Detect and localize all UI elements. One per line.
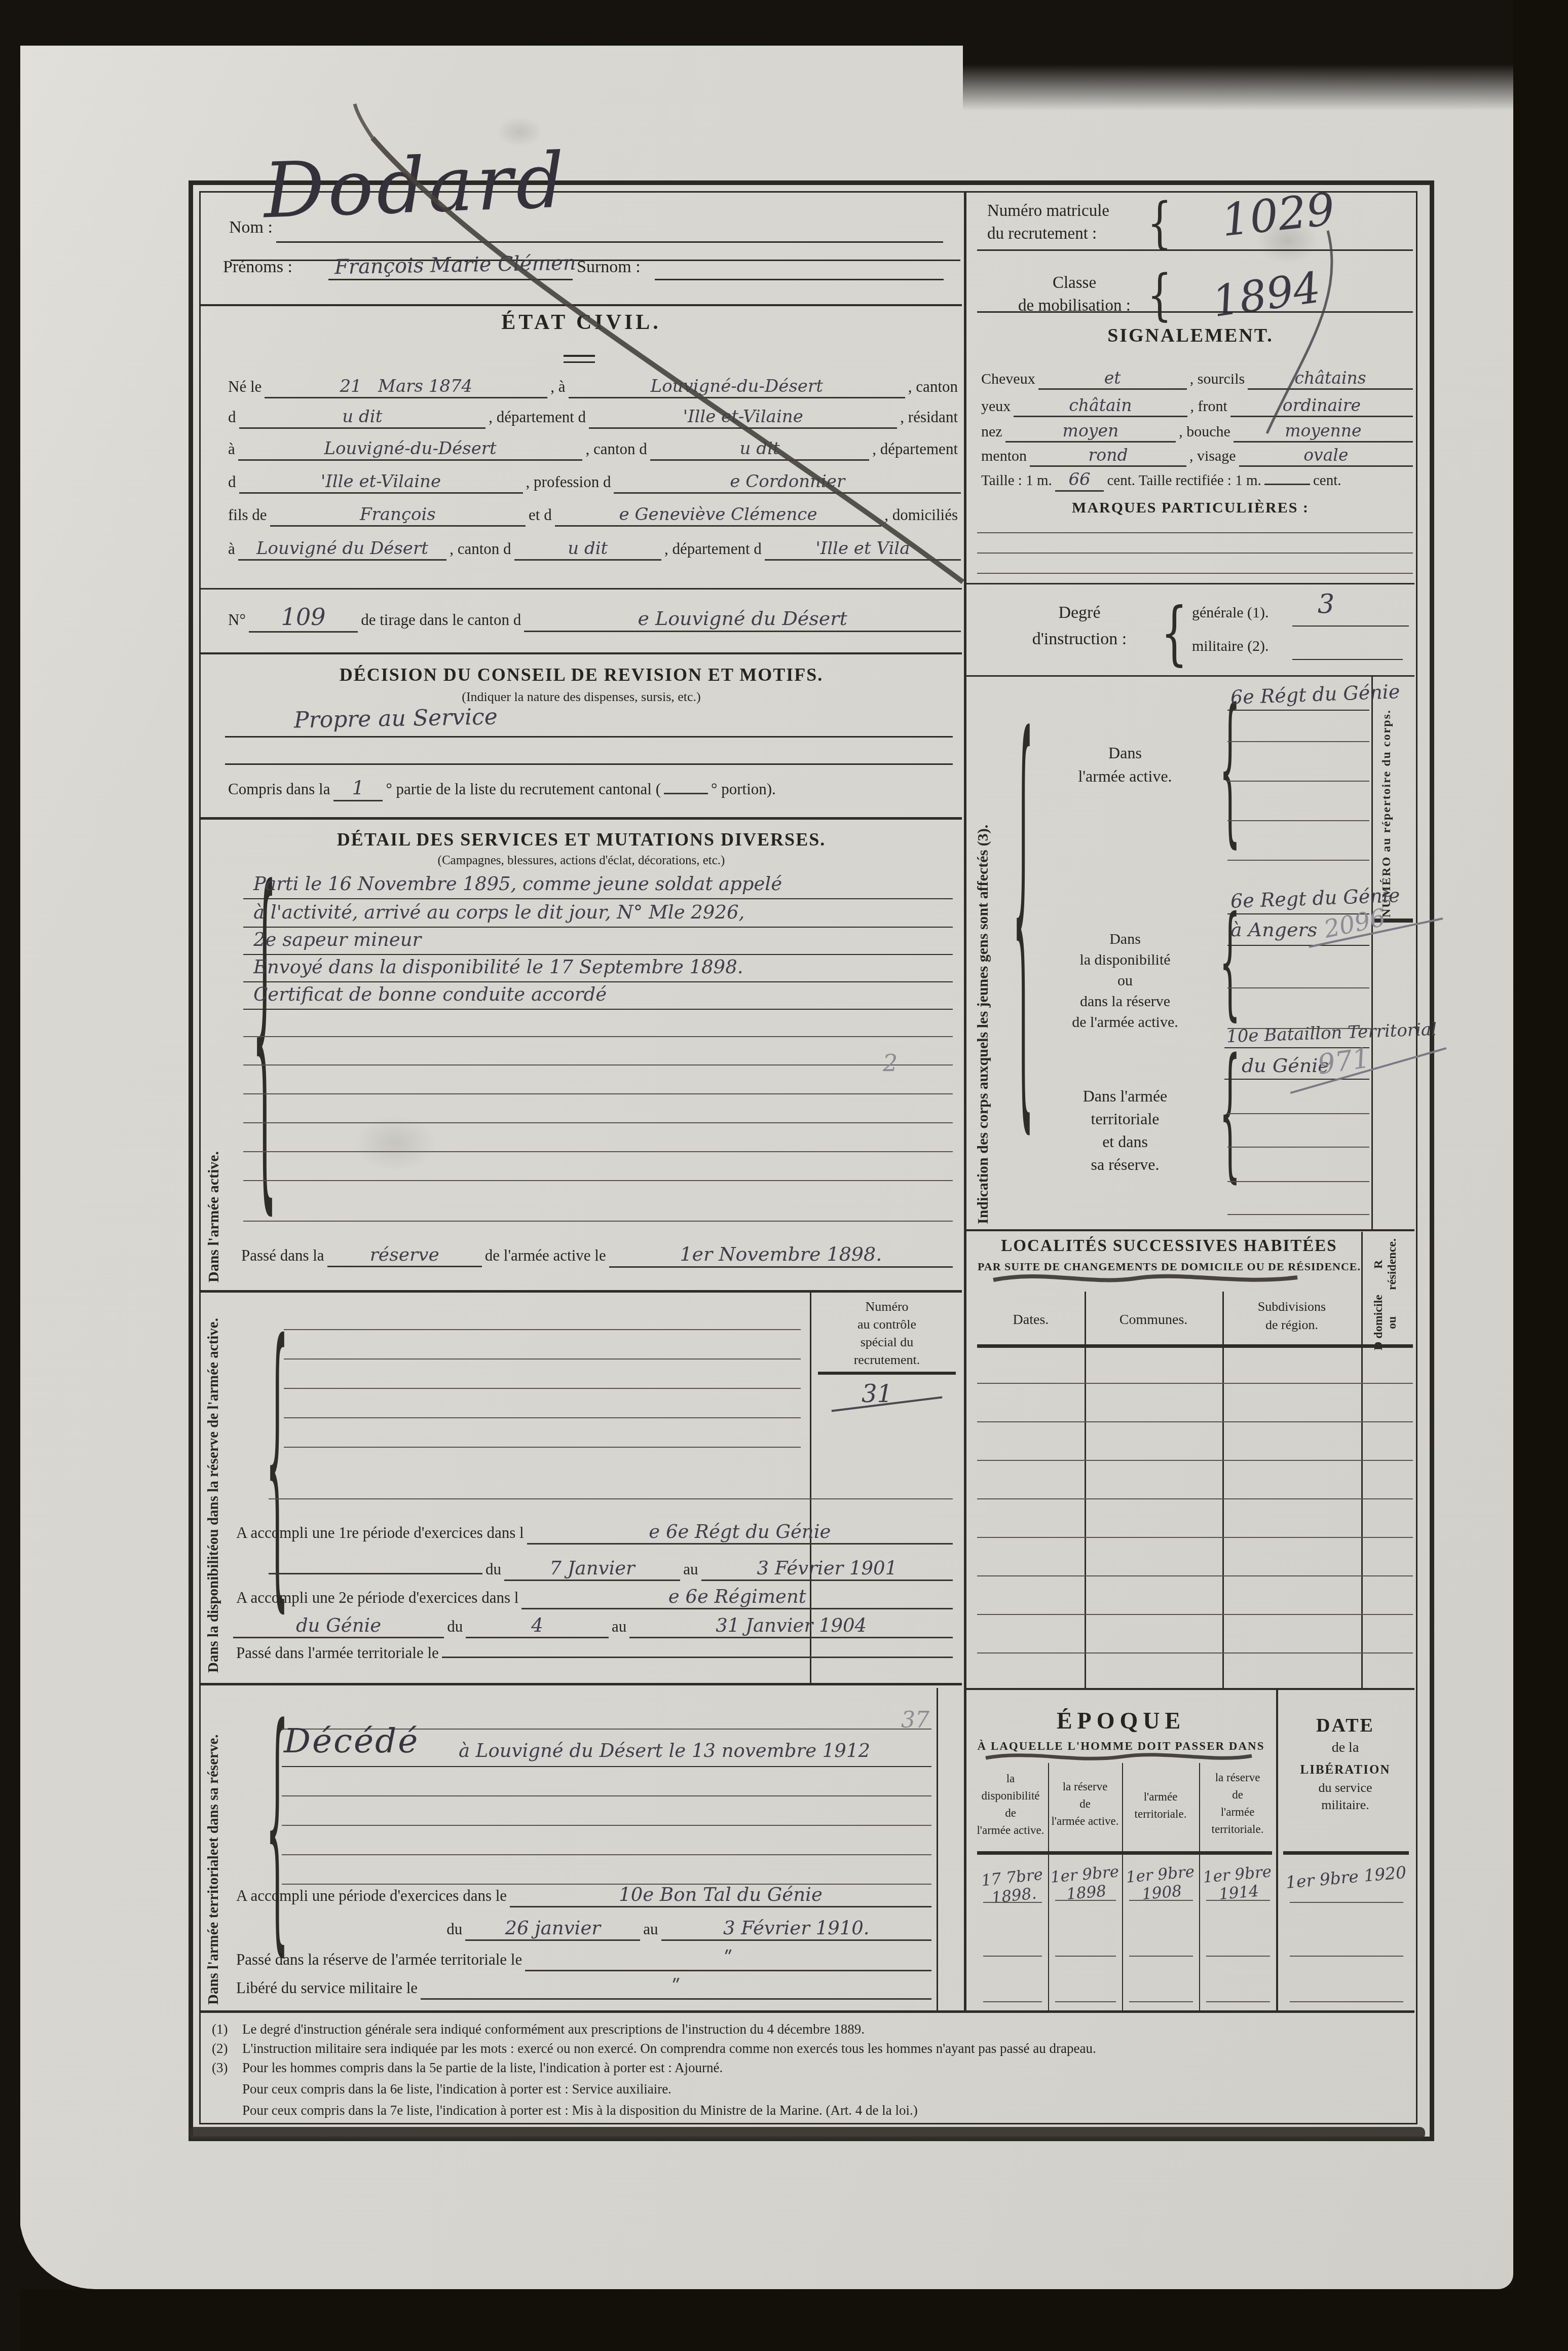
parents-departement: 'Ille et Vila: [765, 538, 961, 561]
localites-col-dr: D domicile ou R résidence.: [1368, 1237, 1403, 1353]
periode-1-corps: e 6e Régt du Génie: [527, 1521, 953, 1545]
parents-commune: Louvigné du Désert: [238, 538, 446, 561]
conseil-subtitle: (Indiquer la nature des dispenses, sursi…: [201, 689, 962, 705]
footnote-text: L'instruction militaire sera indiquée pa…: [242, 2041, 1403, 2056]
controle-header: Numéro au contrôle spécial du recrutemen…: [813, 1298, 960, 1369]
tirage-number: 109: [249, 603, 358, 633]
etat-civil-title: ÉTAT CIVIL.: [201, 310, 962, 335]
section-rule: [966, 583, 1414, 584]
ruled-line: [284, 1417, 801, 1418]
localites-col-dates: Dates.: [977, 1312, 1085, 1328]
ruled-line: [225, 736, 953, 738]
periode-2-dates: du Génie du 4 au 31 Janvier 1904: [233, 1614, 953, 1638]
epoque-value: 1er 9bre 1908: [1123, 1862, 1200, 1905]
corps-active-label: Dansl'armée active.: [1034, 741, 1216, 788]
label: d: [225, 408, 239, 426]
service-entry: Certificat de bonne conduite accordé: [253, 983, 607, 1005]
label: ° partie de la liste du recrutement cant…: [383, 780, 664, 798]
ruled-line: [243, 1122, 953, 1123]
instruction-generale-val: 3: [1318, 589, 1334, 619]
localites-subtitle: PAR SUITE DE CHANGEMENTS DE DOMICILE OU …: [966, 1260, 1372, 1273]
footnote-number: (3): [212, 2060, 228, 2076]
father-name: François: [270, 504, 526, 527]
ruled-line: [977, 1383, 1413, 1384]
label: , profession d: [523, 472, 614, 491]
surnom-label: Surnom :: [577, 258, 641, 277]
signalement-taille: Taille : 1 m. 66 cent. Taille rectifiée …: [978, 469, 1413, 492]
block-brace: {: [1219, 1039, 1241, 1184]
ruled-line: [977, 532, 1413, 533]
label: Né le: [225, 377, 265, 396]
services-title: DÉTAIL DES SERVICES ET MUTATIONS DIVERSE…: [201, 829, 962, 850]
ruled-line: [1290, 1956, 1403, 1957]
label: nez: [978, 423, 1005, 441]
ruled-line: [269, 1498, 953, 1499]
ruled-line: [284, 1388, 801, 1389]
parents-canton: u dit: [514, 538, 661, 561]
label: Cheveux: [978, 370, 1038, 388]
service-entry: Parti le 16 Novembre 1895, comme jeune s…: [253, 873, 782, 895]
label: yeux: [978, 397, 1014, 416]
service-entry: 2e sapeur mineur: [253, 929, 421, 950]
ruled-line: [1227, 710, 1369, 711]
small-brace: {: [1147, 268, 1172, 323]
signalement-yeux: yeux châtain , front ordinaire: [978, 395, 1413, 417]
epoque-value: 1er 9bre 1898: [1049, 1862, 1123, 1905]
section-rule: [201, 1290, 962, 1293]
label: cent.: [1310, 472, 1345, 490]
label: Passé dans la: [238, 1246, 327, 1265]
section-rule: [201, 652, 962, 654]
ruled-line: [1227, 945, 1369, 946]
section-label-territoriale: Dans l'armée territoriale et dans sa rés…: [202, 1693, 226, 2005]
label: fils de: [225, 505, 270, 524]
prenoms-line: [328, 279, 573, 280]
label: au: [609, 1617, 629, 1636]
nom-label: Nom :: [229, 218, 273, 237]
ruled-line: [282, 1766, 931, 1767]
ruled-line: [1206, 1956, 1270, 1957]
corps-dispo-value-2: à Angers: [1230, 919, 1317, 941]
ruled-line: [243, 954, 953, 955]
corps-dispo-label: Dans la disponibilité ou dans la réserve…: [1034, 929, 1216, 1033]
ruled-line: [1227, 1113, 1369, 1114]
section-rule: [201, 1683, 962, 1685]
ruled-line: [1055, 2001, 1116, 2002]
yeux-val: châtain: [1014, 395, 1187, 417]
label: Compris dans la: [225, 780, 333, 798]
pencil-note: 2: [883, 1049, 898, 1077]
periode-terr-corps: 10e Bon Tal du Génie: [510, 1884, 931, 1907]
localites-col-subdivisions: Subdivisionsde région.: [1222, 1298, 1361, 1334]
label: de tirage dans le canton d: [358, 610, 524, 629]
label: du: [443, 1920, 465, 1938]
label: du: [444, 1617, 466, 1636]
ditto-mark: ʺ: [421, 1976, 931, 2000]
label: N°: [225, 610, 249, 629]
corps-terr-value-2: du Génie: [1242, 1054, 1329, 1077]
footnote-rule: [201, 2010, 1414, 2013]
label: , visage: [1186, 447, 1239, 465]
label: Passé dans l'armée territoriale le: [233, 1643, 442, 1662]
ruled-line: [977, 1537, 1413, 1538]
ruled-line: [1129, 1900, 1193, 1901]
ruled-line: [243, 1009, 953, 1010]
ruled-line: [977, 573, 1413, 574]
localites-title: LOCALITÉS SUCCESSIVES HABITÉES: [966, 1237, 1372, 1256]
etat-civil-line-4: d 'Ille et-Vilaine , profession d e Cord…: [225, 471, 961, 494]
scan-edge-top: [0, 0, 1568, 46]
epoque-col-header: la réserve de l'armée territoriale.: [1199, 1769, 1276, 1838]
label: menton: [978, 447, 1030, 465]
tirage-canton: e Louvigné du Désert: [524, 607, 961, 632]
ruled-line: [243, 1221, 953, 1222]
nom-line: [276, 241, 943, 243]
ruled-line: [1055, 1900, 1116, 1901]
periode-1-fin: 3 Février 1901: [701, 1557, 953, 1581]
label: , canton d: [446, 539, 514, 558]
ruled-line: [243, 898, 953, 899]
epoque-header-rule: [1283, 1851, 1409, 1855]
taille-rectifiee-blank: [1264, 484, 1310, 485]
ruled-line: [243, 1151, 953, 1152]
taille-val: 66: [1055, 469, 1104, 492]
etat-civil-line-1: Né le 21 Mars 1874 , à Louvigné-du-Déser…: [225, 376, 961, 398]
label: Passé dans la réserve de l'armée territo…: [233, 1950, 525, 1969]
small-brace: {: [1147, 196, 1172, 251]
label: , département d: [661, 539, 765, 558]
ruled-line: [1290, 2001, 1403, 2002]
instruction-generale-label: générale (1).: [1192, 604, 1269, 621]
cheveux-val: et: [1038, 368, 1187, 390]
birth-canton: u dit: [239, 407, 486, 429]
service-entry: Envoyé dans la disponibilité le 17 Septe…: [253, 956, 743, 978]
ruled-line: [1227, 741, 1369, 742]
passe-reserve-date: 1er Novembre 1898.: [609, 1243, 953, 1268]
label: à: [225, 539, 238, 558]
ruled-line: [282, 1854, 931, 1855]
column-divider: [964, 191, 966, 2010]
label: , sourcils: [1187, 370, 1248, 388]
ruled-line: [1129, 1956, 1193, 1957]
periode-terr-fin: 3 Février 1910.: [661, 1917, 931, 1941]
label: , département: [869, 439, 961, 458]
title-ornament: [564, 355, 595, 363]
ruled-line: [1227, 1214, 1369, 1215]
ruled-line: [977, 1460, 1413, 1461]
label: , domiciliés: [881, 505, 961, 524]
footnote-number: (1): [212, 2022, 228, 2037]
label: et d: [526, 505, 555, 524]
ruled-line: [1227, 1181, 1369, 1182]
label: A accompli une période d'exercices dans …: [233, 1886, 510, 1905]
residence-departement: 'Ille et-Vilaine: [239, 471, 523, 494]
passe-territoriale-line: Passé dans l'armée territoriale le: [233, 1643, 953, 1662]
ruled-line: [1292, 626, 1409, 627]
footnote-text: Le degré d'instruction générale sera ind…: [242, 2022, 1403, 2037]
deces-detail: à Louvigné du Désert le 13 novembre 1912: [459, 1740, 870, 1761]
footnote-number: (2): [212, 2041, 228, 2056]
periode-2-corps: e 6e Régiment: [521, 1586, 953, 1609]
label: , front: [1187, 397, 1230, 416]
page-edge-shadow: [189, 2127, 1425, 2139]
passe-reserve-line: Passé dans la réserve de l'armée active …: [238, 1243, 953, 1268]
scan-edge-right: [1513, 0, 1568, 2351]
deces-word: Décédé: [284, 1721, 419, 1760]
label: d: [225, 472, 239, 491]
marques-title: MARQUES PARTICULIÈRES :: [966, 499, 1414, 517]
label: du: [482, 1560, 504, 1578]
label: ° portion).: [708, 780, 779, 798]
menton-val: rond: [1030, 445, 1186, 467]
epoque-header-rule: [977, 1851, 1272, 1855]
section-rule: [201, 588, 962, 590]
birth-date: 21 Mars 1874: [265, 376, 547, 398]
profession: e Cordonnier: [614, 471, 961, 494]
scan-edge-top-right: [963, 45, 1568, 111]
epoque-date-label: DATE de la LIBÉRATION du service militai…: [1276, 1714, 1414, 1813]
register-scan: Dodard Nom : Prénoms : François Marie Cl…: [0, 0, 1568, 2351]
ruled-line: [977, 1498, 1413, 1499]
libere-line: Libéré du service militaire le ʺ: [233, 1976, 931, 2000]
ruled-line: [1227, 781, 1369, 782]
etat-civil-line-3: à Louvigné-du-Désert , canton d u dit , …: [225, 438, 961, 461]
label: , résidant: [897, 408, 961, 426]
ruled-line: [282, 1795, 931, 1796]
section-rule: [201, 304, 962, 306]
ruled-line: [243, 1093, 953, 1094]
ruled-line: [1224, 1079, 1369, 1080]
periode-terr-debut: 26 janvier: [465, 1917, 640, 1941]
compris-line: Compris dans la 1 ° partie de la liste d…: [225, 777, 961, 801]
block-brace: {: [1219, 687, 1241, 849]
passe-reserve-val: réserve: [327, 1244, 482, 1267]
localites-divider: [1222, 1292, 1224, 1688]
periode-1-line: A accompli une 1re période d'exercices d…: [233, 1521, 953, 1545]
epoque-col-header: la disponibilité de l'armée active.: [973, 1770, 1048, 1839]
label: , bouche: [1176, 423, 1234, 441]
conseil-title: DÉCISION DU CONSEIL DE REVISION ET MOTIF…: [201, 664, 962, 685]
instruction-militaire-label: militaire (2).: [1192, 638, 1269, 655]
instruction-label: Degré d'instruction :: [1003, 603, 1155, 649]
ruled-line: [977, 1421, 1413, 1422]
ruled-line: [977, 311, 1413, 313]
periode-1-debut: 7 Janvier: [504, 1557, 680, 1581]
ruled-line: [243, 1180, 953, 1181]
repertoire-column-line: [1371, 677, 1373, 1229]
localites-divider: [1085, 1292, 1086, 1688]
ruled-line: [1206, 1900, 1270, 1901]
signalement-menton: menton rond , visage ovale: [978, 445, 1413, 467]
territoriale-subcolumn-line: [937, 1688, 938, 2010]
conseil-decision: Propre au Service: [294, 704, 498, 733]
label: au: [640, 1920, 661, 1938]
corps-terr-label: Dans l'armée territoriale et dans sa rés…: [1034, 1085, 1216, 1176]
label: Libéré du service militaire le: [233, 1978, 421, 1997]
ruled-line: [243, 1036, 953, 1037]
epoque-date-divider: [1276, 1690, 1278, 2010]
nez-val: moyen: [1005, 421, 1176, 443]
residence-commune: Louvigné-du-Désert: [238, 438, 583, 461]
corps-outer-brace: {: [1013, 685, 1034, 1131]
section-label-armee-active: Dans l'armée active.: [202, 841, 226, 1282]
ruled-line: [284, 1329, 801, 1330]
label: à: [225, 439, 238, 458]
birth-departement: 'Ille et-Vilaine: [589, 407, 897, 429]
ruled-line: [284, 1358, 801, 1360]
ruled-line: [1129, 2001, 1193, 2002]
blank: [269, 1573, 482, 1574]
prenoms-label: Prénoms :: [223, 258, 292, 277]
ruled-line: [983, 1902, 1042, 1903]
ruled-line: [1227, 1147, 1369, 1148]
section-rule: [201, 817, 962, 820]
label: de l'armée active le: [482, 1246, 609, 1265]
epoque-title: ÉPOQUE: [966, 1707, 1276, 1734]
ruled-line: [1206, 2001, 1270, 2002]
services-subtitle: (Campagnes, blessures, actions d'éclat, …: [201, 854, 962, 868]
section-rule: [966, 1229, 1414, 1231]
signalement-cheveux: Cheveux et , sourcils châtains: [978, 368, 1413, 390]
prenoms-handwritten: François Marie Clémen: [334, 251, 576, 279]
label: cent. Taille rectifiée : 1 m.: [1104, 472, 1264, 490]
ruled-line: [977, 249, 1413, 251]
matricule-label: Numéro matricule du recrutement :: [987, 202, 1109, 243]
ruled-line: [1227, 820, 1369, 821]
service-entry: à l'activité, arrivé au corps le dit jou…: [253, 901, 744, 923]
mother-name: e Geneviève Clémence: [555, 504, 882, 527]
ruled-line: [977, 1614, 1413, 1615]
tirage-line: N° 109 de tirage dans le canton d e Louv…: [225, 603, 961, 633]
label: , canton: [905, 377, 961, 396]
passe-reserve-terr-line: Passé dans la réserve de l'armée territo…: [233, 1948, 931, 1971]
ruled-line: [1292, 659, 1403, 660]
ruled-line: [225, 763, 953, 765]
ruled-line: [977, 553, 1413, 554]
label: au: [680, 1560, 701, 1578]
ruled-line: [983, 1956, 1042, 1957]
label: A accompli une 1re période d'exercices d…: [233, 1523, 527, 1542]
section-brace: {: [252, 846, 277, 1214]
ruled-line: [1227, 860, 1369, 861]
signalement-nez: nez moyen , bouche moyenne: [978, 421, 1413, 443]
birth-commune: Louvigné-du-Désert: [569, 376, 905, 398]
label: , canton d: [582, 439, 650, 458]
epoque-subtitle: À LAQUELLE L'HOMME DOIT PASSER DANS: [966, 1740, 1276, 1753]
surnom-line: [655, 279, 944, 280]
bouche-val: moyenne: [1234, 421, 1413, 443]
localites-header-rule: [977, 1344, 1413, 1348]
ruled-line: [284, 1447, 801, 1448]
ruled-line: [1055, 1956, 1116, 1957]
periode-2-fin: 31 Janvier 1904: [629, 1614, 953, 1638]
footnote-text: Pour les hommes compris dans la 5e parti…: [242, 2060, 1403, 2076]
front-val: ordinaire: [1230, 395, 1413, 417]
ruled-line: [977, 1575, 1413, 1576]
portion-blank: [664, 793, 708, 794]
localites-col-communes: Communes.: [1085, 1312, 1222, 1328]
ruled-line: [977, 1652, 1413, 1654]
label: Taille : 1 m.: [978, 472, 1055, 490]
label: , département d: [486, 408, 589, 426]
ruled-line: [1227, 987, 1369, 988]
repertoire-label: NUMÉRO au répertoire du corps.: [1376, 684, 1397, 917]
periode-1-dates: du 7 Janvier au 3 Février 1901: [269, 1557, 953, 1581]
controle-header-rule: [818, 1372, 956, 1375]
epoque-col-header: l'armée territoriale.: [1122, 1788, 1199, 1823]
epoque-value: 1er 9bre 1914: [1200, 1862, 1277, 1905]
signalement-title: SIGNALEMENT.: [966, 324, 1414, 347]
label: A accompli une 2e période d'exercices da…: [233, 1588, 521, 1607]
sourcils-val: châtains: [1248, 368, 1413, 390]
ruled-line: [243, 981, 953, 982]
epoque-col-header: la réserve de l'armée active.: [1048, 1778, 1122, 1830]
footnote-text: Pour ceux compris dans la 6e liste, l'in…: [242, 2081, 1403, 2097]
ruled-line: [282, 1825, 931, 1826]
ruled-line: [1290, 1902, 1403, 1903]
periode-2-corps-suite: du Génie: [233, 1614, 444, 1638]
nom-handwritten: Dodard: [262, 137, 569, 236]
liste-partie: 1: [333, 777, 383, 801]
label: , à: [547, 377, 568, 396]
scan-edge-bottom: [0, 2289, 1568, 2351]
blank: [442, 1657, 953, 1658]
periode-terr-line: A accompli une période d'exercices dans …: [233, 1884, 931, 1907]
corps-left-label: Indication des corps auxquels les jeunes…: [971, 682, 995, 1224]
visage-val: ovale: [1239, 445, 1413, 467]
etat-civil-line-6: à Louvigné du Désert , canton d u dit , …: [225, 538, 961, 561]
periode-2-line: A accompli une 2e période d'exercices da…: [233, 1586, 953, 1609]
ruled-line: [983, 2001, 1042, 2002]
footnote-text: Pour ceux compris dans la 7e liste, l'in…: [242, 2103, 1403, 2118]
etat-civil-line-2: d u dit , département d 'Ille et-Vilaine…: [225, 407, 961, 429]
etat-civil-line-5: fils de François et d e Geneviève Clémen…: [225, 504, 961, 527]
section-label-disponibilite: Dans la disponibilité ou dans la réserve…: [202, 1303, 226, 1673]
residence-canton: u dit: [650, 438, 870, 461]
ruled-line: [243, 1064, 953, 1066]
periode-2-debut: 4: [466, 1614, 609, 1638]
scan-edge-left: [0, 0, 20, 2351]
periode-terr-dates: du 26 janvier au 3 Février 1910.: [269, 1917, 931, 1941]
ruled-line: [243, 927, 953, 928]
section-rule: [966, 1688, 1414, 1690]
small-brace: {: [1161, 598, 1188, 668]
classe-label: Classe de mobilisation :: [1009, 274, 1140, 315]
ditto-mark: ʺ: [525, 1948, 931, 1971]
